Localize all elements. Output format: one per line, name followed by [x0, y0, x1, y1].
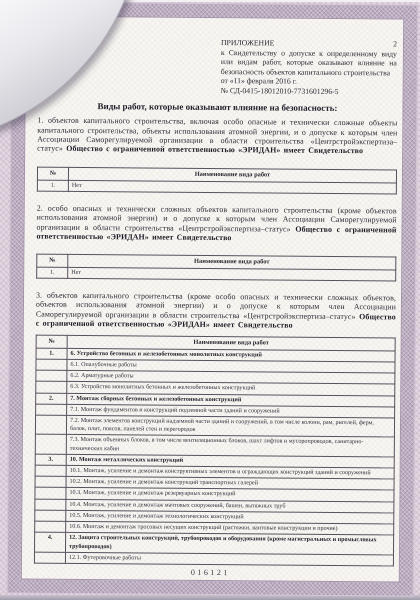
row-name-cell: 12.1. Футеровочные работы	[65, 552, 393, 566]
row-num-cell	[35, 521, 66, 532]
doc-header: ПРИЛОЖЕНИЕ 2 к Свидетельству о допуске к…	[221, 38, 397, 97]
section-2: 2. особо опасных и технически сложных об…	[36, 204, 397, 282]
col-header-num: №	[36, 335, 67, 348]
document-page: ПРИЛОЖЕНИЕ 2 к Свидетельству о допуске к…	[21, 16, 404, 583]
row-name-cell: 7.3. Монтаж объемных блоков, в том числе…	[66, 435, 394, 457]
row-num-cell	[35, 415, 66, 435]
intro-org-bold: Общество с ограниченной ответственностью…	[66, 144, 363, 155]
scanned-certificate-appendix: { "colors": { "frame_mauve": "#bcadc1", …	[0, 0, 420, 600]
row-num-cell	[35, 435, 66, 455]
certificate-frame: ПРИЛОЖЕНИЕ 2 к Свидетельству о допуске к…	[7, 1, 419, 596]
section-intro: 1. объектов капитального строительства, …	[37, 116, 397, 156]
footer-number: 016121	[22, 567, 399, 579]
row-num-cell: 1.	[36, 348, 67, 359]
page-content: ПРИЛОЖЕНИЕ 2 к Свидетельству о допуске к…	[22, 17, 403, 567]
row-num-cell	[35, 465, 66, 476]
row-num-cell: 3.	[35, 454, 66, 465]
row-num-cell: 2.	[36, 393, 67, 404]
doc-title: Виды работ, которые оказывают влияние на…	[37, 101, 397, 114]
row-num-cell: 4.	[35, 532, 66, 552]
section-intro: 2. особо опасных и технически сложных об…	[36, 204, 396, 244]
appendix-number: № СД-0415-18012010-7731601296-5	[221, 86, 397, 97]
row-num-cell	[35, 510, 66, 521]
row-num-cell	[35, 488, 66, 499]
table-row: 1. Нет	[37, 180, 396, 194]
intro-text: 3. объектов капитального строительства (…	[36, 291, 396, 321]
row-num-cell	[36, 359, 67, 370]
row-num-cell	[34, 552, 65, 563]
works-table-2: № Наименование вида работ 1. Нет	[36, 254, 396, 282]
row-num-cell	[35, 499, 66, 510]
works-table-1: № Наименование вида работ 1. Нет	[37, 167, 397, 195]
row-name-cell: 12. Защита строительных конструкций, тру…	[66, 533, 394, 555]
row-num-cell	[35, 476, 66, 487]
row-num-cell	[36, 381, 67, 392]
appendix-about: к Свидетельству о допуске к определенном…	[221, 48, 397, 78]
col-header-num: №	[37, 254, 68, 267]
works-table-3: № Наименование вида работ 1. 6. Устройст…	[34, 335, 396, 567]
row-name-cell: Нет	[68, 267, 396, 281]
col-header-num: №	[37, 167, 68, 180]
row-name-cell: 7.2. Монтаж элементов конструкций надзем…	[66, 415, 394, 437]
table-row: 1. Нет	[37, 267, 396, 281]
row-name-cell: Нет	[68, 180, 396, 194]
row-num-cell: 1.	[37, 180, 68, 191]
section-1: 1. объектов капитального строительства, …	[37, 116, 398, 195]
appendix-page-number: 2	[393, 39, 397, 49]
row-num-cell	[36, 404, 67, 415]
table-row: 12.1. Футеровочные работы	[34, 552, 393, 566]
appendix-label: ПРИЛОЖЕНИЕ	[221, 38, 274, 48]
row-num-cell: 1.	[37, 267, 68, 278]
section-3: 3. объектов капитального строительства (…	[34, 291, 396, 567]
row-num-cell	[36, 370, 67, 381]
section-intro: 3. объектов капитального строительства (…	[36, 291, 396, 331]
